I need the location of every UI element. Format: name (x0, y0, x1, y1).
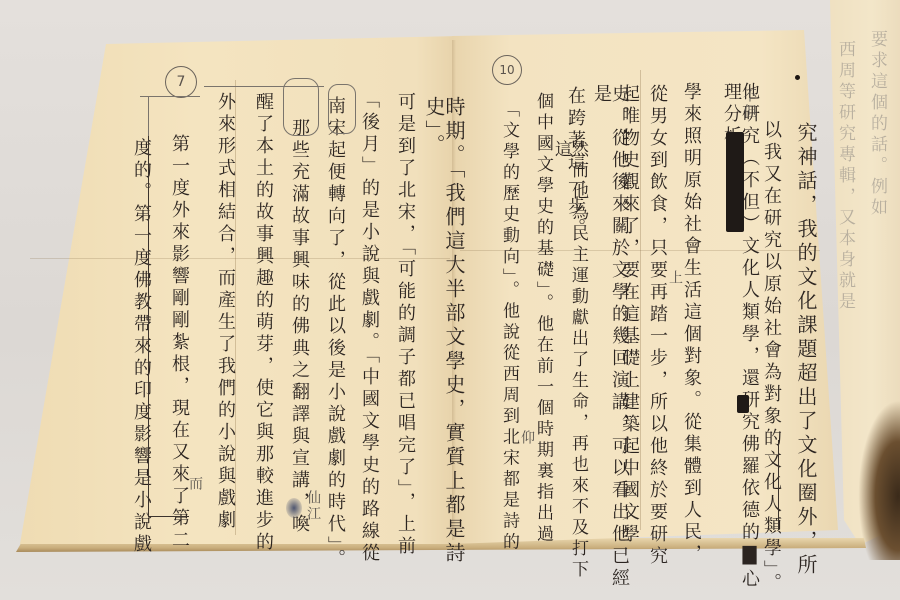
text-column: 史。從他後來關於文學的幾回演講，可以看出他已經是 (592, 84, 628, 600)
page-curl-shadow (858, 400, 900, 560)
pencil-circle (283, 78, 319, 136)
text-column: 外來形式相結合，而產生了我們的小說與戲劇 (216, 92, 234, 532)
manuscript-notebook: 7 10 究神話，我的文化課題超出了文化圈外，所 以我又在研究以原始社會為對象的… (0, 0, 900, 600)
page-number-right: 10 (492, 55, 522, 85)
text-column: 究神話，我的文化課題超出了文化圈外，所 (796, 122, 816, 578)
redacted-ink-mark (737, 395, 749, 413)
pencil-mark (140, 96, 200, 97)
text-column: 「後月」的是小說與戲劇。「中國文學史的路線從 (360, 90, 378, 565)
margin-note: 上 (668, 270, 682, 286)
left-page (20, 36, 460, 544)
fold-line (640, 70, 641, 530)
margin-note: 仙江 (306, 490, 320, 522)
text-column: 時期。「我們這大半部文學史，實質上都是詩史」。 (424, 96, 464, 600)
text-column: 「文學的歷史動向」。他說從西周到北宋都是詩的 (500, 100, 517, 554)
margin-note: 而 (188, 476, 202, 492)
text-column: 那些充滿故事興味的佛典之翻譯與宣講，喚 (290, 118, 308, 536)
pencil-circle (328, 84, 356, 134)
text-column: 學來照明原始社會生活這個對象。從集體到人民， (682, 82, 700, 566)
page-number-left: 7 (165, 66, 197, 98)
ink-dot (795, 75, 800, 80)
margin-note: 仰 (520, 430, 534, 446)
text-column: 然而他為民主運動獻出了生命，再也來不及打下這 (552, 140, 586, 600)
pencil-mark (148, 96, 149, 136)
text-column: 南宋起便轉向了，從此以後是小說戲劇的時代」。 (326, 96, 344, 571)
next-page-text: 西周等研究專輯，又本身就是 (836, 40, 853, 313)
crease-line (30, 258, 450, 259)
margin-bracket (148, 136, 189, 517)
margin-bracket (770, 440, 779, 530)
text-column: 可是到了北宋，「可能的調子都已唱完了」，上前 (396, 92, 414, 558)
text-column: 醒了本土的故事興趣的萌芽，使它與那較進步的 (254, 92, 272, 554)
ink-smudge (286, 498, 302, 518)
next-page-text: 要求這個的話。例如 (868, 30, 885, 219)
text-column: 從男女到飲食，只要再踏一步，所以他終於要研究 (648, 84, 666, 568)
text-column: 個中國文學史的基礎」。他在前一個時期裏指出過 (534, 92, 551, 546)
redacted-ink-block (726, 132, 744, 232)
margin-note: 不但 (742, 88, 756, 120)
